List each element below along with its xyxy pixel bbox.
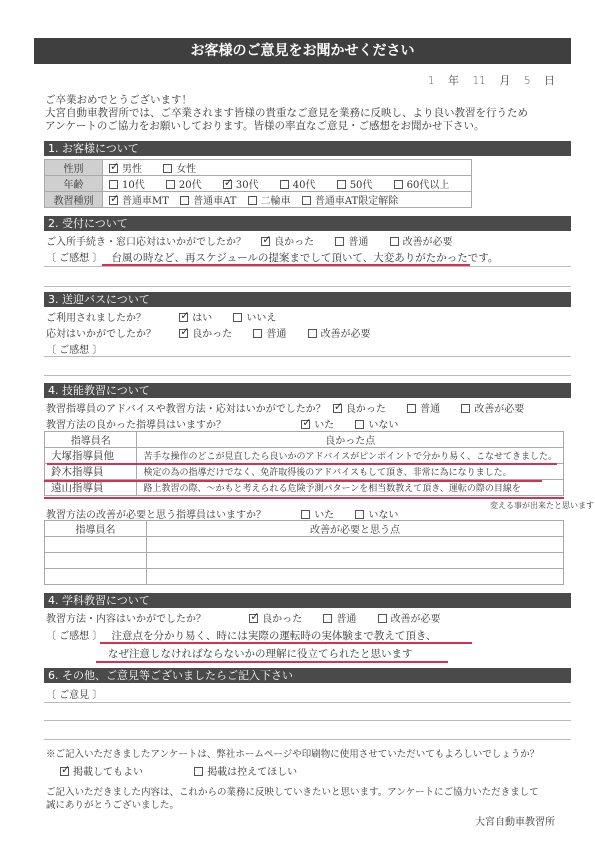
checkbox-deny-publish[interactable] [194,767,203,776]
good-instructor-row: 教習方法の良かった指導員はいますか？ いた いない [46,416,416,431]
comment-label: 〔 ご感想 〕 [46,631,102,642]
option-label: 良かった [262,614,302,625]
intro-line: アンケートのご協力をお願いしております。皆様の率直なご意見・ご感想をお聞かせ下さ… [45,120,565,133]
academic-comment-row-2: なぜ注意しなければならないかの理解に役立てられたと思います [108,646,413,661]
table-header-row: 指導員名 良かった点 [45,432,564,448]
highlight-underline [47,463,557,465]
section-header-other: 6. その他、ご意見等ございましたらご記入下さい [44,668,571,683]
checkbox-female[interactable] [163,164,172,173]
section-header-academic-lessons: 4. 学科教習について [44,593,571,608]
question-text: 教習方法の改善が必要と思う指導員はいますか？ [46,506,298,521]
row-label: 年齢 [45,176,103,192]
row-label: 教習種別 [45,192,103,208]
academic-comment-row: 〔 ご感想 〕 注意点を分かり易く、時には実際の運転時の実体験まで教えて頂き、 [46,627,436,643]
checkbox-average[interactable] [323,614,332,623]
option-label: 改善が必要 [403,237,453,248]
table-header-row: 指導員名 改善が必要と思う点 [45,521,564,537]
checkbox-needs-improvement[interactable] [378,614,387,623]
checkbox-50s[interactable] [337,180,346,189]
answer-line[interactable] [44,375,571,376]
answer-line[interactable] [44,739,571,740]
intro-line: ご卒業おめでとうございます！ [45,94,565,107]
question-text: 教習方法の良かった指導員はいますか？ [46,416,298,431]
option-label: 50代 [350,180,373,191]
good-point[interactable]: 苦手な操作のどこが見直したら良いかのアドバイスがピンポイントで分かり易く、こなせ… [137,448,564,464]
option-label: 良かった [192,329,232,340]
thanks-line: ご記入いただきました内容は、これからの業務に反映していきたいと思います。アンケー… [46,786,539,799]
checkbox-needs-improvement[interactable] [390,237,399,246]
improve-point-field[interactable] [147,537,564,553]
highlight-underline [44,480,542,482]
instructor-advice-row: 教習指導員のアドバイスや教習方法・応対はいかがでしたか？ 良かった 普通 改善が… [46,400,542,415]
answer-line [44,266,571,267]
checkbox-60s-plus[interactable] [394,180,403,189]
answer-line[interactable] [44,702,571,703]
option-label: 掲載は控えてほしい [207,767,297,778]
option-label: 女性 [176,164,196,175]
table-row: 年齢 10代 20代 30代 40代 50代 60代以上 [45,176,472,192]
good-point[interactable]: 検定の為の指導だけでなく、免許取得後のアドバイスもして頂き、非常に為になりました… [137,464,564,480]
instructor-name-field[interactable] [45,553,147,569]
checkbox-20s[interactable] [166,180,175,189]
checkbox-average[interactable] [335,237,344,246]
age-options: 10代 20代 30代 40代 50代 60代以上 [103,176,472,192]
highlight-underline [100,642,472,644]
option-label: 普通車AT [193,196,236,207]
checkbox-needs-improvement[interactable] [461,404,470,413]
date-field: 1 年 11 月 5 日 [418,72,555,88]
reception-question-row: ご入所手続き・窓口応対はいかがでしたか？ 良かった 普通 改善が必要 [46,233,471,248]
option-label: 60代以上 [407,180,450,191]
intro-text: ご卒業おめでとうございます！ 大宮自動車教習所では、ご卒業されます皆様の貴重なご… [45,94,565,133]
publish-question: ※ご記入いただきましたアンケートは、弊社ホームページや印刷物に使用させていただい… [46,748,539,761]
improve-instructor-row: 教習方法の改善が必要と思う指導員はいますか？ いた いない [46,506,416,521]
academic-question-row: 教習方法・内容はいかがでしたか？ 良かった 普通 改善が必要 [46,610,459,625]
school-signature: 大宮自動車教習所 [475,813,555,828]
option-label: 20代 [179,180,202,191]
table-row [45,569,564,585]
checkbox-allow-publish[interactable] [60,767,69,776]
date-year[interactable]: 1 [428,75,435,87]
option-label: はい [192,313,212,324]
question-text: ご入所手続き・窓口応対はいかがでしたか？ [46,237,246,248]
checkbox-standard-mt[interactable] [109,196,118,205]
checkbox-male[interactable] [109,164,118,173]
academic-comment-line[interactable]: 注意点を分かり易く、時には実際の運転時の実体験まで教えて頂き、 [112,630,437,642]
reception-comment[interactable]: 台風の時など、再スケジュールの提案までして頂いて、大変ありがたかったです。 [112,252,499,264]
instructor-name[interactable]: 鈴木指導員 [45,464,137,480]
option-label: 良かった [274,237,314,248]
checkbox-no[interactable] [355,510,364,519]
option-label: 二輪車 [261,196,291,207]
year-unit: 年 [448,72,459,88]
instructor-name[interactable]: 大塚指導員他 [45,448,137,464]
option-label: 30代 [236,180,259,191]
section-header-customer: 1. お客様について [44,141,571,156]
column-header: 改善が必要と思う点 [147,521,564,537]
question-text: 教習方法・内容はいかがでしたか？ [46,610,246,625]
section-header-shuttle-bus: 3. 送迎バスについて [44,292,571,307]
other-comment-label: 〔 ご意見 〕 [46,686,102,701]
improve-point-field[interactable] [147,569,564,585]
checkbox-at-limit-removal[interactable] [302,196,311,205]
option-label: 普通 [266,329,286,340]
course-options: 普通車MT 普通車AT 二輪車 普通車AT限定解除 [103,192,472,208]
option-label: 改善が必要 [474,404,524,415]
checkbox-no[interactable] [355,420,364,429]
checkbox-yes[interactable] [179,313,188,322]
checkbox-standard-at[interactable] [180,196,189,205]
checkbox-yes[interactable] [301,420,310,429]
table-row: 教習種別 普通車MT 普通車AT 二輪車 普通車AT限定解除 [45,192,472,208]
option-label: 男性 [122,164,142,175]
thanks-text: ご記入いただきました内容は、これからの業務に反映していきたいと思います。アンケー… [46,786,539,812]
checkbox-motorcycle[interactable] [248,196,257,205]
column-header: 良かった点 [137,432,564,448]
question-text: ご利用されましたか？ [46,309,176,324]
date-day[interactable]: 5 [524,75,531,87]
answer-line[interactable] [44,356,571,357]
option-label: 改善が必要 [321,329,371,340]
question-text: 応対はいかがでしたか？ [46,325,176,340]
question-text: 教習指導員のアドバイスや教習方法・応対はいかがでしたか？ [46,404,326,415]
section-header-driving-lessons: 4. 技能教習について [44,383,571,398]
option-label: 普通車AT限定解除 [315,196,398,207]
option-label: 普通 [336,614,356,625]
comment-label: 〔 ご感想 〕 [46,253,102,264]
instructor-name-field[interactable] [45,569,147,585]
publish-options-row: 掲載してもよい 掲載は控えてほしい [60,763,315,778]
checkbox-30s[interactable] [223,180,232,189]
checkbox-40s[interactable] [280,180,289,189]
section-header-reception: 2. 受付について [44,216,571,231]
option-label: 普通 [348,237,368,248]
checkbox-no[interactable] [233,313,242,322]
table-row [45,553,564,569]
table-row: 大塚指導員他 苦手な操作のどこが見直したら良いかのアドバイスがピンポイントで分か… [45,448,564,464]
gender-options: 男性 女性 [103,160,472,176]
date-month[interactable]: 11 [472,75,485,87]
overflow-note: 変える事が出来たと思います [490,500,594,511]
option-label: 普通車MT [122,196,169,207]
option-label: いた [314,420,334,431]
table-row: 鈴木指導員 検定の為の指導だけでなく、免許取得後のアドバイスもして頂き、非常に為… [45,464,564,480]
bus-service-row: 応対はいかがでしたか？ 良かった 普通 改善が必要 [46,325,389,340]
customer-table: 性別 男性 女性 年齢 10代 20代 30代 40代 50代 60代以上 教習… [44,159,472,208]
day-unit: 日 [544,72,555,88]
option-label: 10代 [122,180,145,191]
page-title: お客様のご意見をお聞かせください [34,38,571,64]
instructor-name-field[interactable] [45,537,147,553]
month-unit: 月 [499,72,510,88]
checkbox-good[interactable] [179,329,188,338]
answer-line[interactable] [44,720,571,721]
bus-comment-label: 〔 ご感想 〕 [46,341,102,356]
checkbox-yes[interactable] [301,510,310,519]
table-row: 性別 男性 女性 [45,160,472,176]
option-label: 普通 [420,404,440,415]
highlight-underline [44,497,564,499]
checkbox-average[interactable] [407,404,416,413]
checkbox-good[interactable] [333,404,342,413]
reception-comment-row: 〔 ご感想 〕 台風の時など、再スケジュールの提案までして頂いて、大変ありがたか… [46,249,498,265]
improve-point-field[interactable] [147,553,564,569]
table-row [45,537,564,553]
option-label: 改善が必要 [391,614,441,625]
option-label: 掲載してもよい [73,767,143,778]
checkbox-good[interactable] [249,614,258,623]
row-label: 性別 [45,160,103,176]
highlight-underline [96,661,448,663]
intro-line: 大宮自動車教習所では、ご卒業されます皆様の貴重なご意見を業務に反映し、より良い教… [45,107,565,120]
column-header: 指導員名 [45,432,137,448]
option-label: 良かった [346,404,386,415]
answer-line [44,286,571,287]
checkbox-average[interactable] [253,329,262,338]
column-header: 指導員名 [45,521,147,537]
improve-instructor-table: 指導員名 改善が必要と思う点 [44,520,564,585]
option-label: いない [368,420,398,431]
checkbox-10s[interactable] [109,180,118,189]
academic-comment-line[interactable]: なぜ注意しなければならないかの理解に役立てられたと思います [108,648,413,660]
thanks-line: 誠にありがとうございました。 [46,799,539,812]
bus-use-row: ご利用されましたか？ はい いいえ [46,309,294,324]
checkbox-good[interactable] [261,237,270,246]
option-label: 40代 [293,180,316,191]
option-label: いいえ [246,313,276,324]
checkbox-needs-improvement[interactable] [308,329,317,338]
